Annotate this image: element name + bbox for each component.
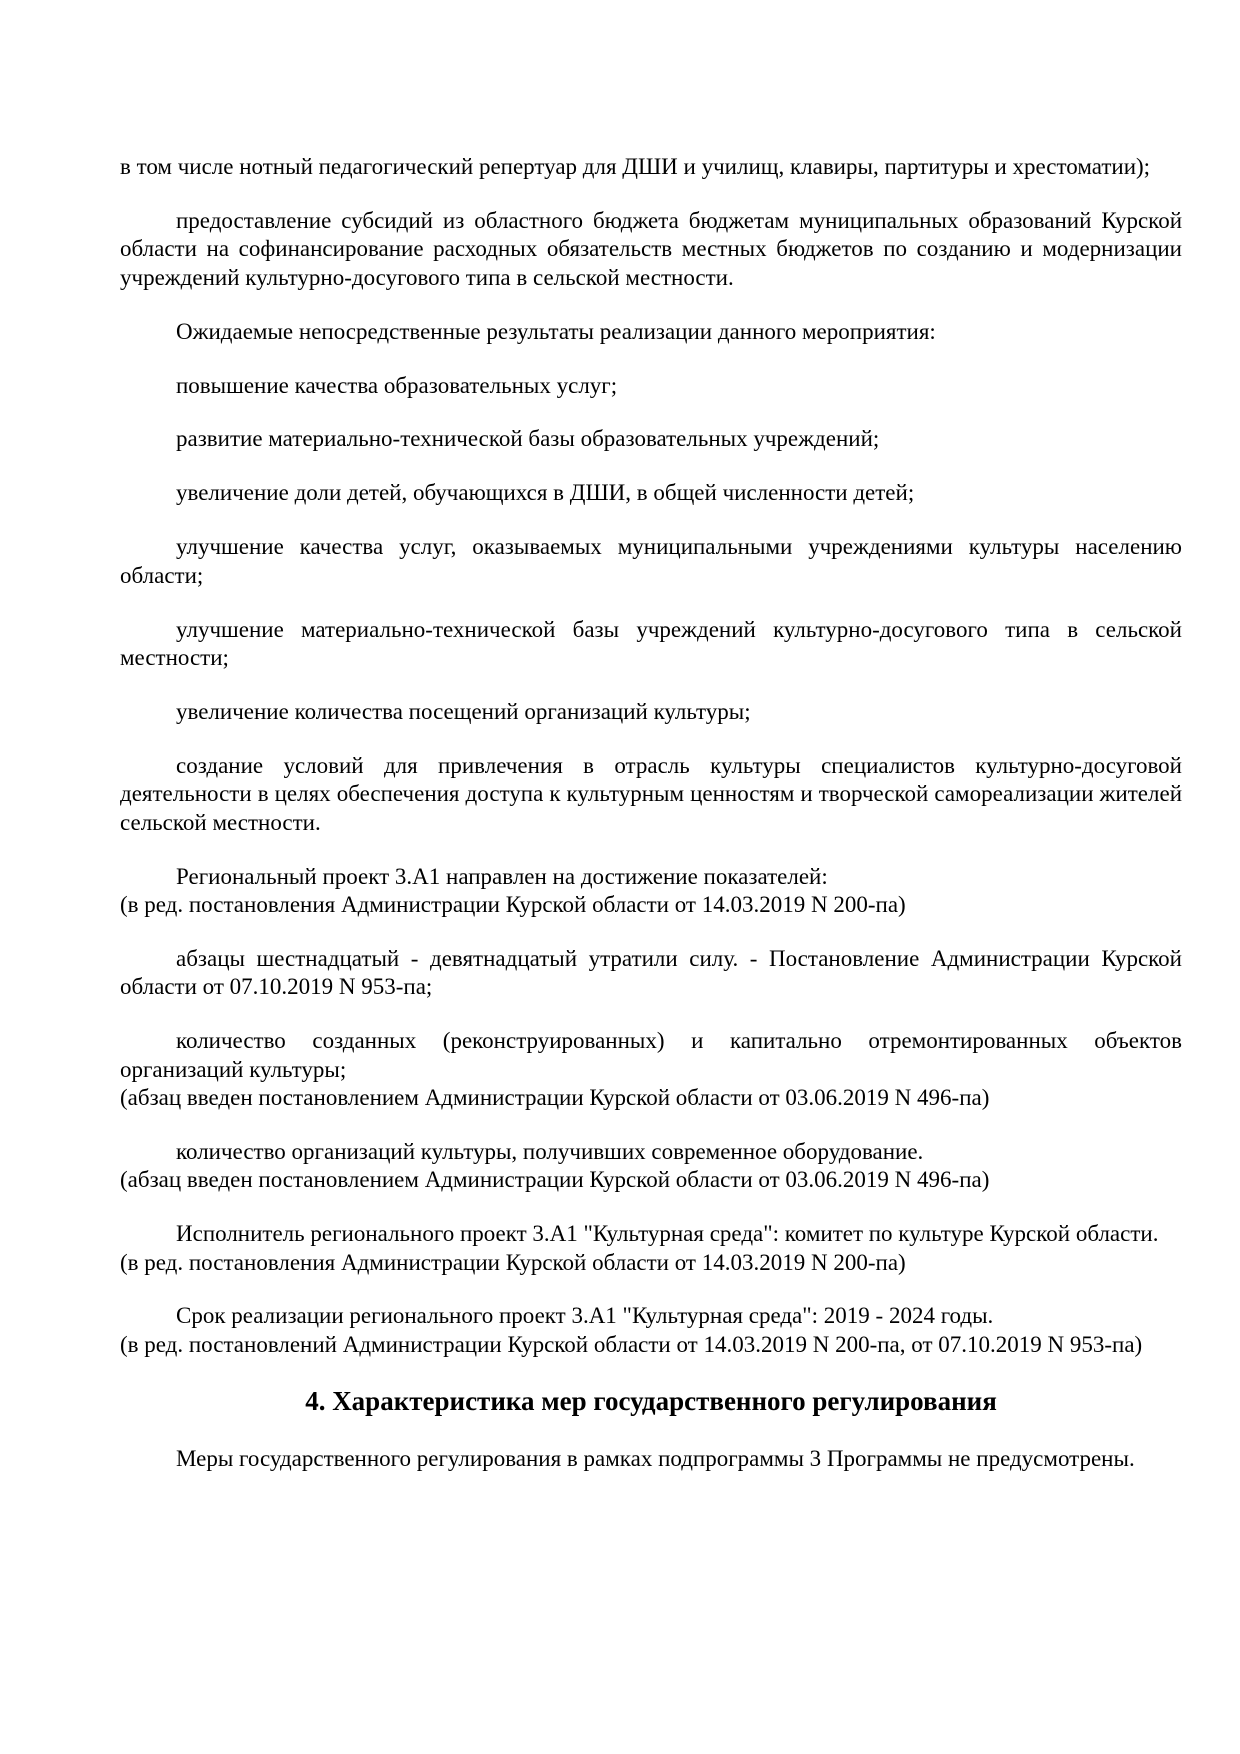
amendment-note: (в ред. постановления Администрации Курс… — [120, 1249, 1182, 1277]
paragraph-body: улучшение материально-технической базы у… — [120, 616, 1182, 673]
closing-paragraph: Меры государственного регулирования в ра… — [120, 1445, 1182, 1473]
paragraph-body: создание условий для привлечения в отрас… — [120, 752, 1182, 837]
paragraph: предоставление субсидий из областного бю… — [120, 207, 1182, 292]
amendment-note: (в ред. постановлений Администрации Курс… — [120, 1331, 1182, 1359]
paragraph-body: увеличение количества посещений организа… — [120, 698, 1182, 726]
paragraph-body: в том числе нотный педагогический реперт… — [120, 153, 1182, 181]
paragraph-text: предоставление субсидий из областного бю… — [120, 208, 1182, 290]
paragraph: увеличение количества посещений организа… — [120, 698, 1182, 726]
paragraph-body: количество созданных (реконструированных… — [120, 1027, 1182, 1084]
paragraph: в том числе нотный педагогический реперт… — [120, 153, 1182, 181]
paragraph: повышение качества образовательных услуг… — [120, 372, 1182, 400]
paragraph-text: абзацы шестнадцатый - девятнадцатый утра… — [120, 946, 1182, 999]
paragraph: улучшение качества услуг, оказываемых му… — [120, 533, 1182, 590]
paragraph: создание условий для привлечения в отрас… — [120, 752, 1182, 837]
paragraph-text: в том числе нотный педагогический реперт… — [120, 154, 1150, 179]
paragraph: Исполнитель регионального проект 3.А1 "К… — [120, 1220, 1182, 1277]
paragraph-text: повышение качества образовательных услуг… — [176, 373, 617, 398]
paragraph: Срок реализации регионального проект 3.А… — [120, 1302, 1182, 1359]
paragraph: Региональный проект 3.А1 направлен на до… — [120, 863, 1182, 920]
paragraph-text: улучшение качества услуг, оказываемых му… — [120, 534, 1182, 587]
paragraph-text: количество организаций культуры, получив… — [176, 1139, 923, 1164]
amendment-note: (абзац введен постановлением Администрац… — [120, 1084, 1182, 1112]
paragraph-text: увеличение количества посещений организа… — [176, 699, 751, 724]
paragraph: развитие материально-технической базы об… — [120, 425, 1182, 453]
paragraph-list: в том числе нотный педагогический реперт… — [120, 153, 1182, 1359]
paragraph-text: создание условий для привлечения в отрас… — [120, 753, 1182, 835]
paragraph-body: развитие материально-технической базы об… — [120, 425, 1182, 453]
paragraph-text: Срок реализации регионального проект 3.А… — [176, 1303, 993, 1328]
paragraph-body: количество организаций культуры, получив… — [120, 1138, 1182, 1166]
paragraph: увеличение доли детей, обучающихся в ДШИ… — [120, 479, 1182, 507]
paragraph-text: Региональный проект 3.А1 направлен на до… — [176, 864, 828, 889]
paragraph: абзацы шестнадцатый - девятнадцатый утра… — [120, 945, 1182, 1002]
paragraph: количество созданных (реконструированных… — [120, 1027, 1182, 1112]
paragraph-body: улучшение качества услуг, оказываемых му… — [120, 533, 1182, 590]
paragraph: улучшение материально-технической базы у… — [120, 616, 1182, 673]
paragraph: количество организаций культуры, получив… — [120, 1138, 1182, 1195]
paragraph-text: количество созданных (реконструированных… — [120, 1028, 1182, 1081]
paragraph-body: предоставление субсидий из областного бю… — [120, 207, 1182, 292]
paragraph-body: повышение качества образовательных услуг… — [120, 372, 1182, 400]
paragraph: Ожидаемые непосредственные результаты ре… — [120, 318, 1182, 346]
paragraph-body: Ожидаемые непосредственные результаты ре… — [120, 318, 1182, 346]
paragraph-body: абзацы шестнадцатый - девятнадцатый утра… — [120, 945, 1182, 1002]
paragraph-body: Региональный проект 3.А1 направлен на до… — [120, 863, 1182, 891]
amendment-note: (в ред. постановления Администрации Курс… — [120, 891, 1182, 919]
closing-paragraph-text: Меры государственного регулирования в ра… — [176, 1446, 1135, 1471]
paragraph-body: увеличение доли детей, обучающихся в ДШИ… — [120, 479, 1182, 507]
section-heading: 4. Характеристика мер государственного р… — [120, 1385, 1182, 1417]
paragraph-body: Срок реализации регионального проект 3.А… — [120, 1302, 1182, 1330]
paragraph-text: Ожидаемые непосредственные результаты ре… — [176, 319, 936, 344]
paragraph-body: Исполнитель регионального проект 3.А1 "К… — [120, 1220, 1182, 1248]
paragraph-text: улучшение материально-технической базы у… — [120, 617, 1182, 670]
amendment-note: (абзац введен постановлением Администрац… — [120, 1166, 1182, 1194]
paragraph-text: увеличение доли детей, обучающихся в ДШИ… — [176, 480, 914, 505]
paragraph-text: развитие материально-технической базы об… — [176, 426, 879, 451]
paragraph-text: Исполнитель регионального проект 3.А1 "К… — [176, 1221, 1158, 1246]
document-page: в том числе нотный педагогический реперт… — [120, 153, 1182, 1499]
